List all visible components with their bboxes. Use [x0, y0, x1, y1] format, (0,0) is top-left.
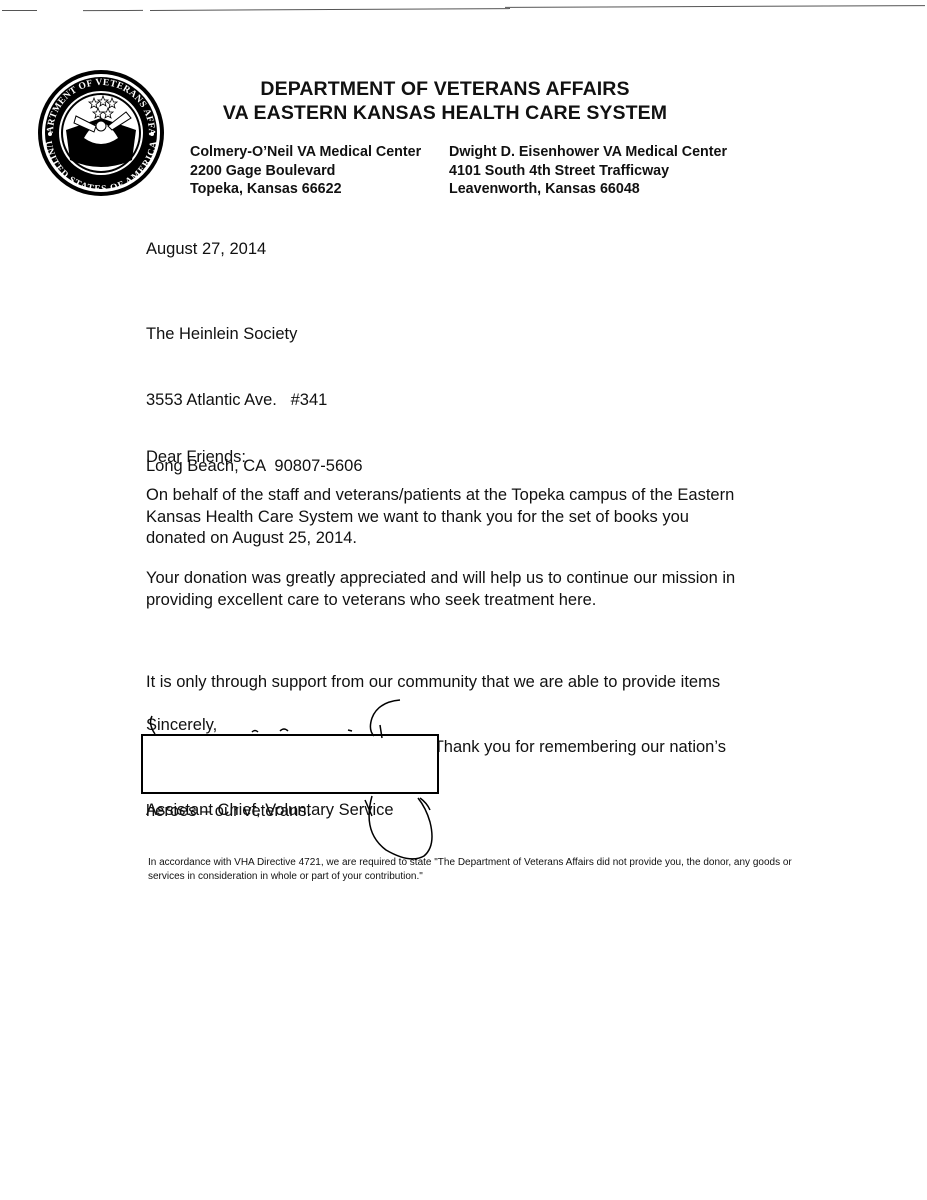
location-street: 4101 South 4th Street Trafficway — [449, 162, 727, 181]
notice-line: In accordance with VHA Directive 4721, w… — [148, 856, 848, 870]
scan-artifact-line — [2, 10, 37, 11]
paragraph-line: It is only through support from our comm… — [146, 672, 726, 694]
recipient-line: 3553 Atlantic Ave. #341 — [146, 389, 363, 411]
paragraph-line: Your donation was greatly appreciated an… — [146, 568, 735, 590]
closing: Sincerely, — [146, 714, 217, 736]
location-city: Topeka, Kansas 66622 — [190, 180, 421, 199]
address-leavenworth: Dwight D. Eisenhower VA Medical Center 4… — [449, 143, 727, 199]
location-name: Dwight D. Eisenhower VA Medical Center — [449, 143, 727, 162]
paragraph-line: On behalf of the staff and veterans/pati… — [146, 485, 734, 507]
letter-date: August 27, 2014 — [146, 238, 266, 260]
recipient-line: The Heinlein Society — [146, 323, 363, 345]
scan-artifact-line — [83, 10, 143, 11]
redacted-signature-box — [141, 734, 439, 794]
scan-artifact-line — [505, 5, 925, 8]
address-topeka: Colmery-O’Neil VA Medical Center 2200 Ga… — [190, 143, 421, 199]
paragraph-2: Your donation was greatly appreciated an… — [146, 568, 735, 611]
health-care-system-title: VA EASTERN KANSAS HEALTH CARE SYSTEM — [185, 102, 705, 125]
location-city: Leavenworth, Kansas 66048 — [449, 180, 727, 199]
scan-artifact-line — [150, 8, 510, 11]
va-seal-icon: DEPARTMENT OF VETERANS AFFAIRS UNITED ST… — [36, 68, 166, 198]
salutation: Dear Friends: — [146, 446, 246, 468]
vha-directive-notice: In accordance with VHA Directive 4721, w… — [148, 856, 848, 884]
paragraph-line: donated on August 25, 2014. — [146, 528, 734, 550]
paragraph-1: On behalf of the staff and veterans/pati… — [146, 485, 734, 550]
paragraph-line: Kansas Health Care System we want to tha… — [146, 507, 734, 529]
notice-line: services in consideration in whole or pa… — [148, 870, 848, 884]
location-street: 2200 Gage Boulevard — [190, 162, 421, 181]
signer-title: Assistant Chief, Voluntary Service — [146, 799, 394, 821]
paragraph-line: providing excellent care to veterans who… — [146, 590, 735, 612]
department-title: DEPARTMENT OF VETERANS AFFAIRS — [185, 78, 705, 101]
location-name: Colmery-O’Neil VA Medical Center — [190, 143, 421, 162]
